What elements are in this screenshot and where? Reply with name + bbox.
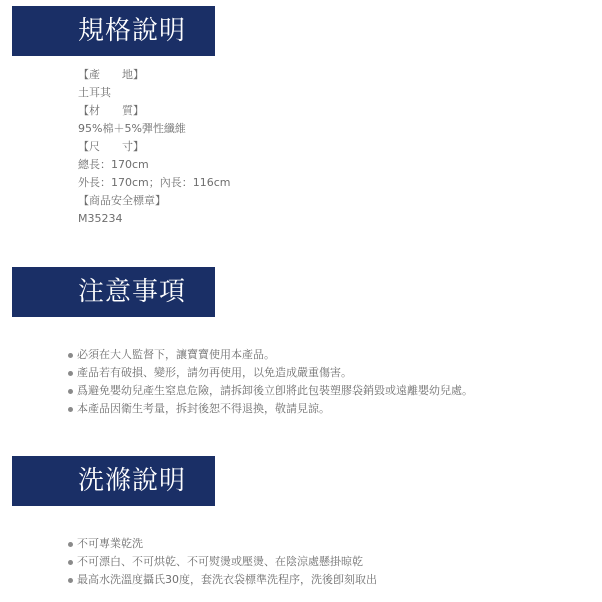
list-item: 必須在大人監督下，讓寶寶使用本產品。	[68, 346, 473, 364]
list-item: 爲避免嬰幼兒產生窒息危險，請拆卸後立卽將此包裝塑膠袋銷毀或遠離嬰幼兒處。	[68, 382, 473, 400]
spec-label-size: 【尺 寸】	[78, 138, 231, 156]
spec-label-safety-mark: 【商品安全標章】	[78, 192, 231, 210]
spec-label-material: 【材 質】	[78, 102, 231, 120]
caution-text: 產品若有破損、變形，請勿再使用，以免造成嚴重傷害。	[77, 364, 352, 382]
list-item: 產品若有破損、變形，請勿再使用，以免造成嚴重傷害。	[68, 364, 473, 382]
caution-text: 必須在大人監督下，讓寶寶使用本產品。	[77, 346, 275, 364]
bullet-icon	[68, 542, 73, 547]
wash-text: 最高水洗溫度攝氏30度，套洗衣袋標準洗程序，洗後卽刻取出	[77, 571, 377, 589]
spec-value-safety-mark: M35234	[78, 210, 231, 228]
spec-list: 【產 地】 土耳其 【材 質】 95%棉＋5%彈性纖維 【尺 寸】 總長：170…	[78, 66, 231, 228]
caution-text: 爲避免嬰幼兒產生窒息危險，請拆卸後立卽將此包裝塑膠袋銷毀或遠離嬰幼兒處。	[77, 382, 473, 400]
bullet-icon	[68, 371, 73, 376]
wash-section-title: 洗滌說明	[78, 456, 186, 506]
bullet-icon	[68, 578, 73, 583]
spec-value-material: 95%棉＋5%彈性纖維	[78, 120, 231, 138]
bullet-icon	[68, 407, 73, 412]
list-item: 不可專業乾洗	[68, 535, 377, 553]
list-item: 最高水洗溫度攝氏30度，套洗衣袋標準洗程序，洗後卽刻取出	[68, 571, 377, 589]
bullet-icon	[68, 560, 73, 565]
list-item: 本產品因衛生考量，拆封後恕不得退換，敬請見諒。	[68, 400, 473, 418]
caution-list: 必須在大人監督下，讓寶寶使用本產品。 產品若有破損、變形，請勿再使用，以免造成嚴…	[68, 346, 473, 418]
wash-text: 不可專業乾洗	[77, 535, 143, 553]
caution-section-header: 注意事項	[12, 267, 215, 317]
bullet-icon	[68, 389, 73, 394]
caution-section-title: 注意事項	[78, 267, 186, 317]
spec-label-origin: 【產 地】	[78, 66, 231, 84]
wash-section-header: 洗滌說明	[12, 456, 215, 506]
spec-section-header: 規格說明	[12, 6, 215, 56]
list-item: 不可漂白、不可烘乾、不可熨燙或壓燙、在陰涼處懸掛晾乾	[68, 553, 377, 571]
wash-list: 不可專業乾洗 不可漂白、不可烘乾、不可熨燙或壓燙、在陰涼處懸掛晾乾 最高水洗溫度…	[68, 535, 377, 589]
spec-value-outer-inner-length: 外長：170cm；內長：116cm	[78, 174, 231, 192]
caution-text: 本產品因衛生考量，拆封後恕不得退換，敬請見諒。	[77, 400, 330, 418]
spec-value-origin: 土耳其	[78, 84, 231, 102]
bullet-icon	[68, 353, 73, 358]
spec-value-total-length: 總長：170cm	[78, 156, 231, 174]
wash-text: 不可漂白、不可烘乾、不可熨燙或壓燙、在陰涼處懸掛晾乾	[77, 553, 363, 571]
spec-section-title: 規格說明	[78, 6, 186, 56]
